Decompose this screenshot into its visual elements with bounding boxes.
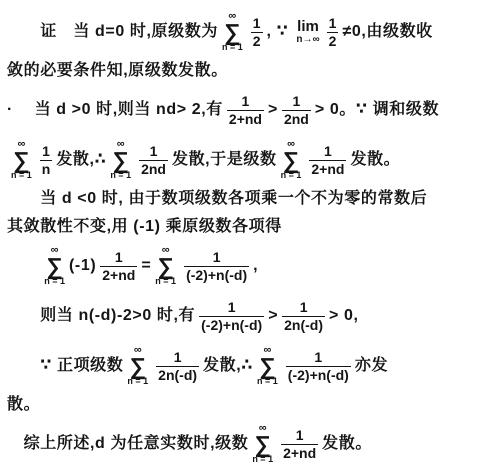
limit-symbol: limn→∞	[296, 19, 319, 45]
fraction-numerator: 1	[324, 143, 332, 159]
text-line: ∞∑n = 11n发散,∴∞∑n = 112nd发散,于是级数∞∑n = 112…	[7, 135, 475, 185]
fraction-denominator: 2	[327, 32, 339, 49]
fraction-denominator: 2+nd	[100, 266, 137, 283]
text-run: 发散。	[322, 434, 372, 453]
text-run: 亦发	[355, 356, 388, 375]
sum-lower-limit: n = 1	[110, 171, 131, 181]
sum-lower-limit: n = 1	[252, 455, 273, 465]
sigma-glyph: ∑	[13, 150, 29, 172]
fraction: 1(-2)+n(-d)	[286, 349, 351, 382]
text-run: > 0,	[329, 306, 359, 325]
fraction-numerator: 1	[174, 349, 182, 365]
sum-symbol: ∞∑n = 1	[222, 11, 243, 54]
fraction: 12nd	[139, 143, 168, 176]
fraction: 1(-2)+n(-d)	[199, 299, 264, 332]
text-run: 其敛散性不变,用 (-1) 乘原级数各项得	[7, 217, 282, 236]
text-line: · 当 d >0 时,则当 nd> 2,有12+nd>12nd> 0。∵ 调和级…	[7, 85, 475, 135]
text-run: ≠0,由级数收	[342, 22, 432, 41]
sum-symbol: ∞∑n = 1	[44, 245, 65, 288]
text-run: (-1)	[69, 256, 96, 275]
fraction: 12+nd	[309, 143, 346, 176]
fraction-numerator: 1	[213, 249, 221, 265]
fraction-denominator: 2+nd	[309, 160, 346, 177]
fraction-numerator: 1	[242, 93, 250, 109]
sigma-glyph: ∑	[112, 150, 128, 172]
text-run: , ∵	[267, 22, 294, 41]
sum-lower-limit: n = 1	[44, 277, 65, 287]
text-run: 发散。	[350, 150, 400, 169]
sigma-glyph: ∑	[46, 256, 62, 278]
fraction: 1(-2)+n(-d)	[184, 249, 249, 282]
text-run: =	[141, 256, 151, 275]
text-line: ∵ 正项级数∞∑n = 112n(-d)发散,∴∞∑n = 11(-2)+n(-…	[7, 341, 475, 391]
text-run	[7, 256, 40, 275]
fraction-numerator: 1	[314, 349, 322, 365]
fraction-denominator: (-2)+n(-d)	[199, 316, 264, 333]
sigma-glyph: ∑	[259, 356, 275, 378]
text-line: 证 当 d=0 时,原级数为∞∑n = 112, ∵ limn→∞12≠0,由级…	[7, 7, 475, 57]
fraction-numerator: 1	[253, 15, 261, 31]
fraction: 12+nd	[100, 249, 137, 282]
text-run: 则当 n(-d)-2>0 时,有	[7, 306, 195, 325]
sum-lower-limit: n = 1	[127, 377, 148, 387]
text-run: 发散,于是级数	[172, 150, 277, 169]
text-line: 其敛散性不变,用 (-1) 乘原级数各项得	[7, 213, 475, 241]
sigma-glyph: ∑	[157, 256, 173, 278]
fraction-denominator: (-2)+n(-d)	[286, 366, 351, 383]
fraction-denominator: 2+nd	[281, 444, 318, 461]
fraction: 12n(-d)	[282, 299, 325, 332]
text-line: 敛的必要条件知,原级数发散。	[7, 57, 475, 85]
sum-symbol: ∞∑n = 1	[257, 345, 278, 388]
text-line: 综上所述,d 为任意实数时,级数∞∑n = 112+nd发散。	[7, 419, 475, 469]
sum-symbol: ∞∑n = 1	[110, 139, 131, 182]
text-run: · 当 d >0 时,则当 nd> 2,有	[7, 100, 223, 119]
text-run: ∵ 正项级数	[7, 356, 123, 375]
sum-symbol: ∞∑n = 1	[252, 423, 273, 466]
sigma-glyph: ∑	[254, 434, 270, 456]
fraction-numerator: 1	[42, 143, 50, 159]
text-run: ,	[253, 256, 258, 275]
sigma-glyph: ∑	[224, 22, 240, 44]
text-line: 则当 n(-d)-2>0 时,有1(-2)+n(-d)>12n(-d)> 0,	[7, 291, 475, 341]
limit-subscript: n→∞	[296, 34, 319, 45]
text-run: >	[268, 306, 278, 325]
proof-document: 证 当 d=0 时,原级数为∞∑n = 112, ∵ limn→∞12≠0,由级…	[0, 0, 479, 469]
fraction-numerator: 1	[115, 249, 123, 265]
fraction-denominator: 2n(-d)	[156, 366, 199, 383]
text-run: 当 d <0 时, 由于数项级数各项乘一个不为零的常数后	[7, 189, 427, 208]
sum-lower-limit: n = 1	[155, 277, 176, 287]
fraction: 12n(-d)	[156, 349, 199, 382]
fraction-denominator: 2+nd	[227, 110, 264, 127]
sum-symbol: ∞∑n = 1	[155, 245, 176, 288]
fraction: 12	[327, 15, 339, 48]
sigma-glyph: ∑	[130, 356, 146, 378]
text-run: 散。	[7, 395, 40, 414]
text-run: 证 当 d=0 时,原级数为	[7, 22, 218, 41]
sum-lower-limit: n = 1	[222, 43, 243, 53]
sum-symbol: ∞∑n = 1	[11, 139, 32, 182]
fraction-denominator: 2nd	[139, 160, 168, 177]
limit-label: lim	[297, 19, 319, 34]
text-run: 发散,∴	[56, 150, 106, 169]
sum-lower-limit: n = 1	[11, 171, 32, 181]
fraction-numerator: 1	[150, 143, 158, 159]
text-run: 发散,∴	[203, 356, 253, 375]
text-line: ∞∑n = 1(-1)12+nd=∞∑n = 11(-2)+n(-d),	[7, 241, 475, 291]
fraction-numerator: 1	[292, 93, 300, 109]
fraction-denominator: n	[40, 160, 53, 177]
fraction-numerator: 1	[296, 427, 304, 443]
fraction: 12nd	[282, 93, 311, 126]
text-run: >	[268, 100, 278, 119]
fraction: 12+nd	[281, 427, 318, 460]
text-run: > 0。∵ 调和级数	[315, 100, 439, 119]
fraction: 1n	[40, 143, 53, 176]
text-line: 散。	[7, 391, 475, 419]
sigma-glyph: ∑	[283, 150, 299, 172]
text-run: 敛的必要条件知,原级数发散。	[7, 61, 228, 80]
fraction: 12+nd	[227, 93, 264, 126]
fraction-numerator: 1	[329, 15, 337, 31]
fraction-denominator: 2nd	[282, 110, 311, 127]
fraction-numerator: 1	[300, 299, 308, 315]
sum-symbol: ∞∑n = 1	[281, 139, 302, 182]
sum-symbol: ∞∑n = 1	[127, 345, 148, 388]
fraction: 12	[251, 15, 263, 48]
fraction-denominator: (-2)+n(-d)	[184, 266, 249, 283]
text-line: 当 d <0 时, 由于数项级数各项乘一个不为零的常数后	[7, 185, 475, 213]
text-run: 综上所述,d 为任意实数时,级数	[7, 434, 248, 453]
fraction-denominator: 2n(-d)	[282, 316, 325, 333]
fraction-denominator: 2	[251, 32, 263, 49]
sum-lower-limit: n = 1	[281, 171, 302, 181]
fraction-numerator: 1	[228, 299, 236, 315]
sum-lower-limit: n = 1	[257, 377, 278, 387]
